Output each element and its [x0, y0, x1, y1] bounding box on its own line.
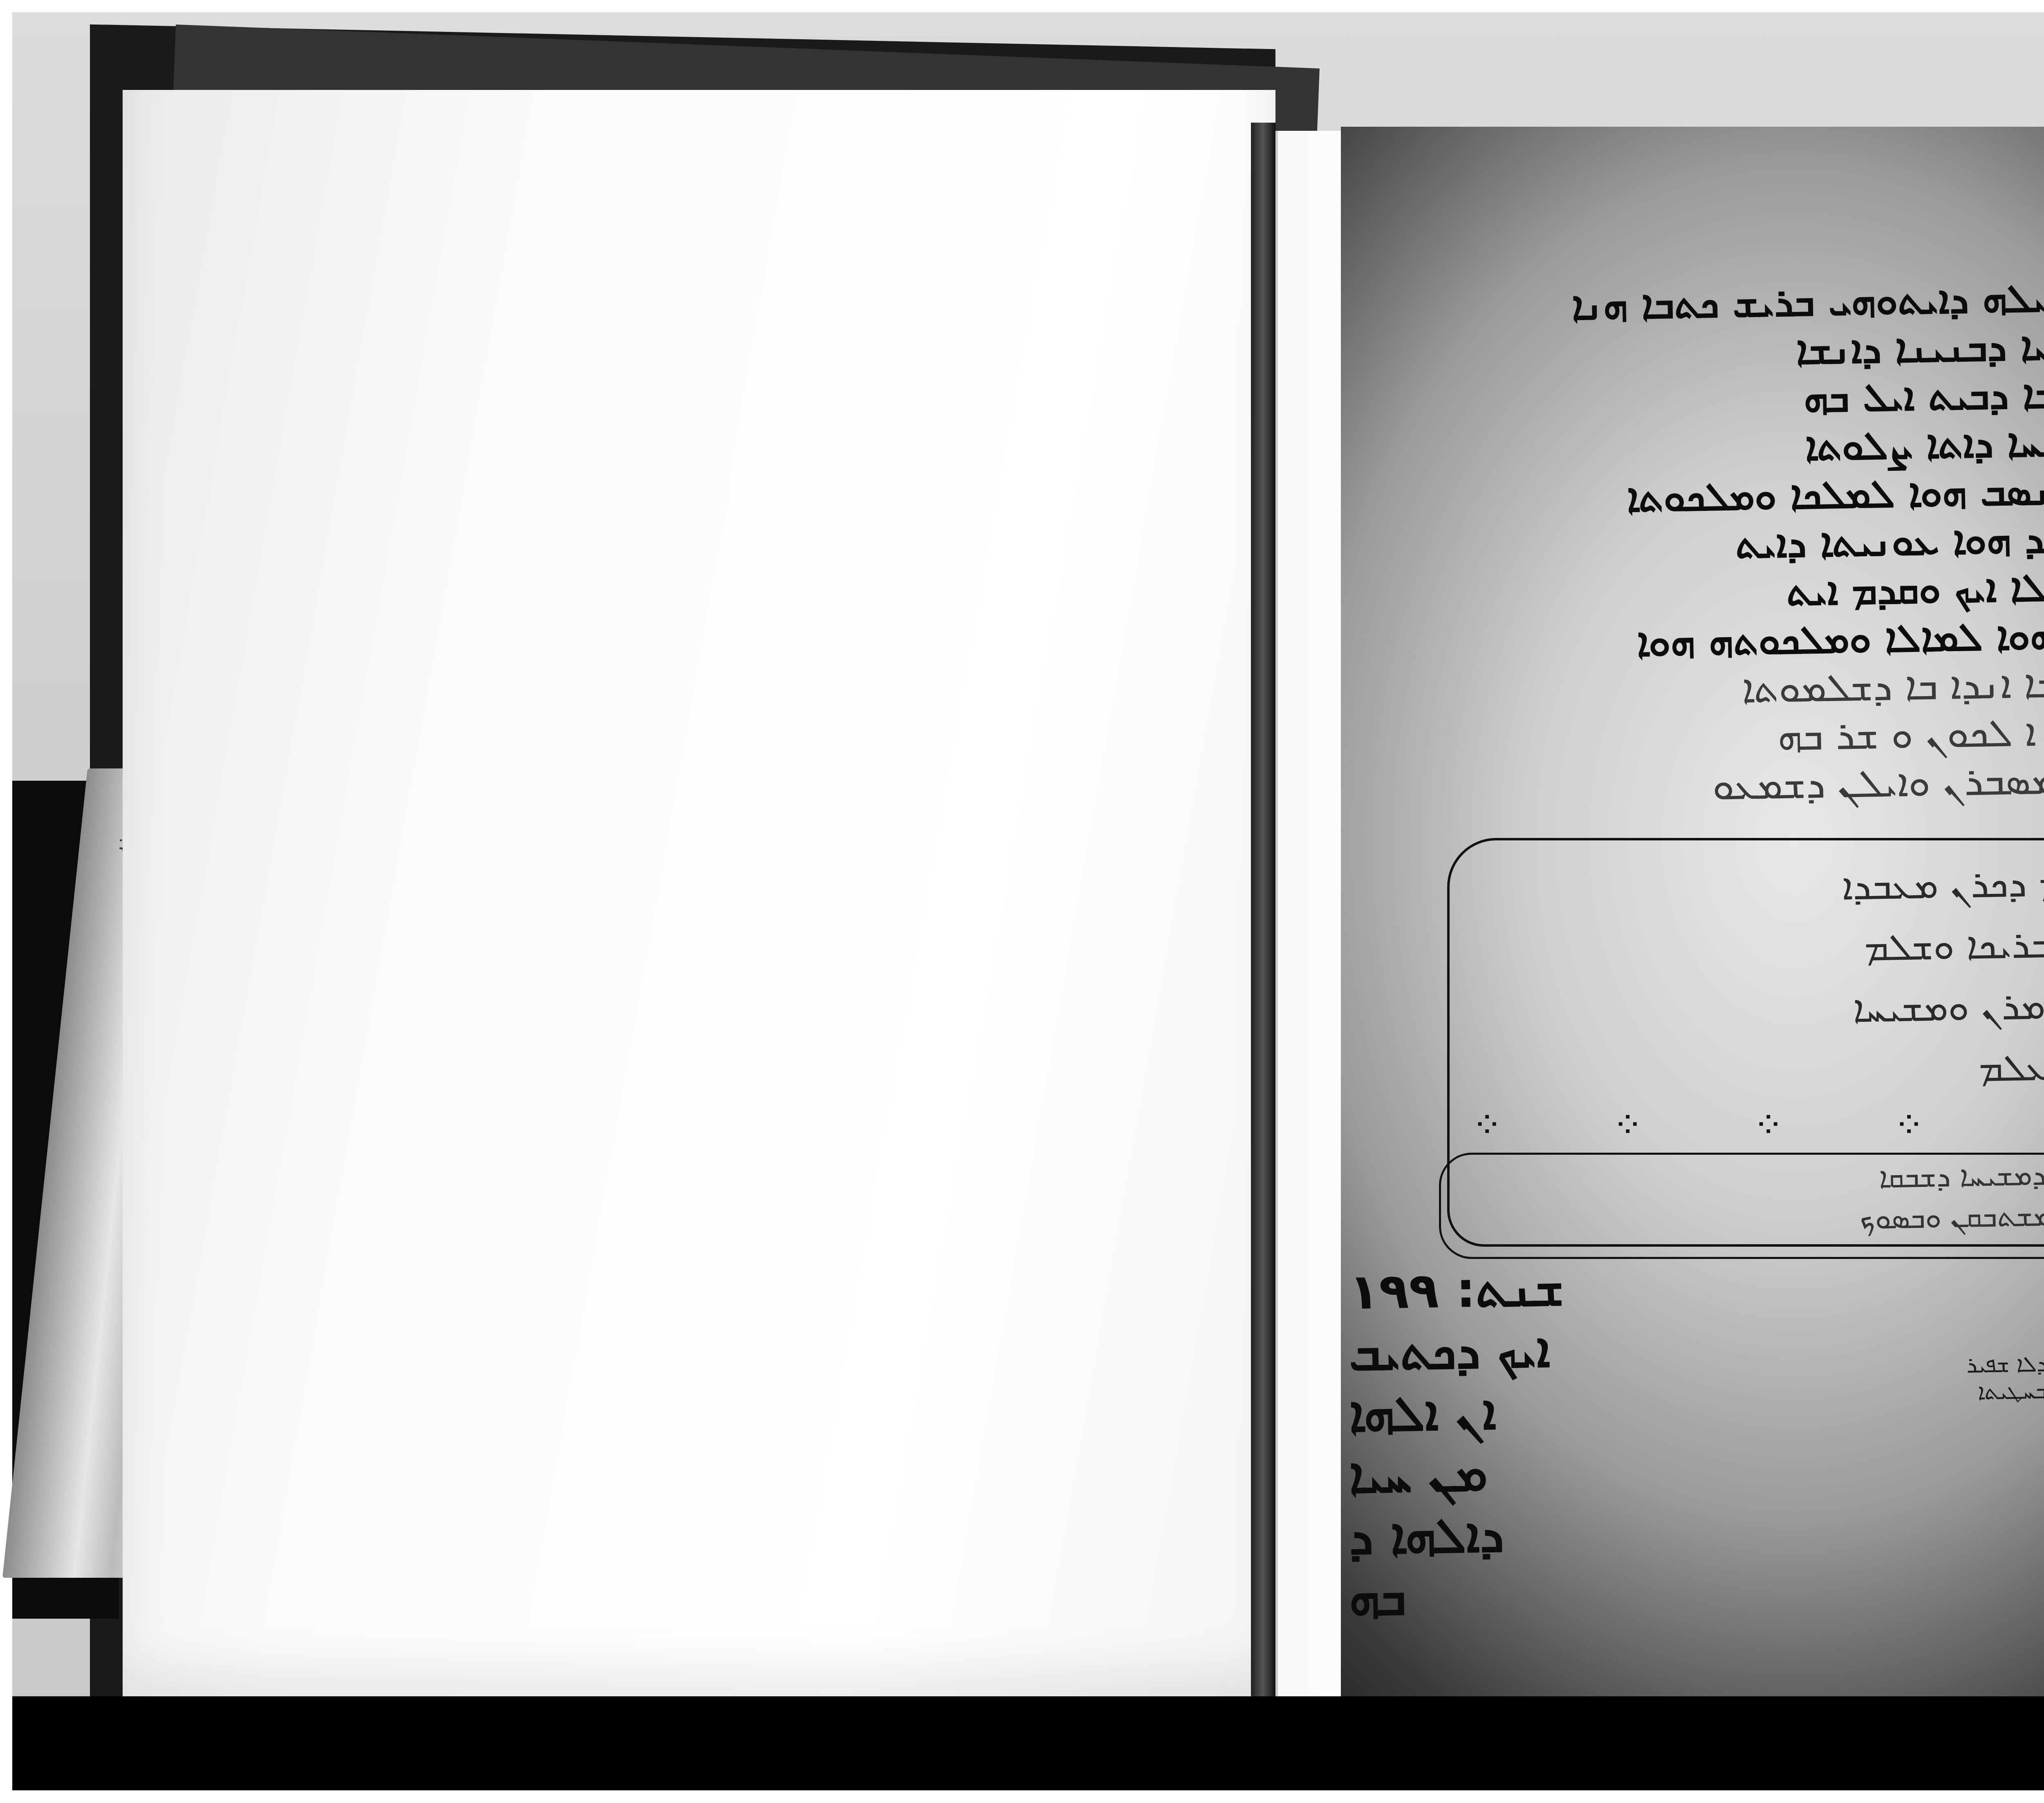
rubric-sub-cartouche: ܦܘܪܩܢܐ ܕܡܫܝܚܐ ܕܫܒܩܐ ܘܚܛܗܐ ܡܫܬܒܩܢ ܘܒܣܘܟ — [1439, 1153, 2044, 1259]
dot-ornaments: ⁘ ⁘ ⁘ ⁘ — [1472, 1104, 1973, 1147]
small-inscription: ܟܬܒ ܐܢܐ ܕܠܐ ܫܦܝܪ ܘܡܣܟܢܐ ܒܚܛܝܬܐ — [1676, 1353, 2044, 1407]
rubric-line: ܗܢܐ ܠܡ ܕܟܪܢ ܡܥܒܕܐ — [1474, 851, 2044, 924]
rubric-line: ܐܡܝܢ ܠܥܠܡ — [1474, 1035, 2044, 1108]
margin-line: ܕܐܠܗܐ ܕ — [1349, 1501, 1676, 1568]
book-gutter — [1251, 123, 1275, 1717]
margin-line: ܒܗ — [1349, 1563, 1676, 1630]
left-blank-page — [123, 90, 1275, 1717]
margin-line: ܐܢ ܐܠܗܐ — [1349, 1379, 1676, 1446]
margin-line: ܐܝܟ ܕܟܬܝܒ — [1349, 1317, 1676, 1384]
rubric-line: ܘܐܠܗܐ ܒܪܝܟܐ ܘܫܠܡ — [1474, 912, 2044, 985]
text-line: ܡܢ ܕܝܠܗ ܕܐܝܬܘܗܝ ܒܪܝܫ ܟܬܒܐ ܗܢܐ — [1488, 272, 2044, 331]
main-text: ܡܢ ܕܝܠܗ ܕܐܝܬܘܗܝ ܒܪܝܫ ܟܬܒܐ ܗܢܐ ܡܫܒܚܐ ܕܒܢܝ… — [1488, 278, 2044, 809]
marginal-note: ܫܢܬ: ١٩٩ ܐܝܟ ܕܟܬܝܒ ܐܢ ܐܠܗܐ ܡܢ ܚܝܐ ܕܐܠܗܐ … — [1349, 1259, 1676, 1627]
bottom-shadow — [12, 1696, 2044, 1790]
rubric-line: ܡܫܒܚ ܡܪܢ ܘܡܫܝܚܐ — [1474, 974, 2044, 1047]
margin-line: ܡܢ ܚܝܐ — [1349, 1440, 1676, 1507]
margin-line: ܫܢܬ: ١٩٩ — [1349, 1256, 1676, 1323]
